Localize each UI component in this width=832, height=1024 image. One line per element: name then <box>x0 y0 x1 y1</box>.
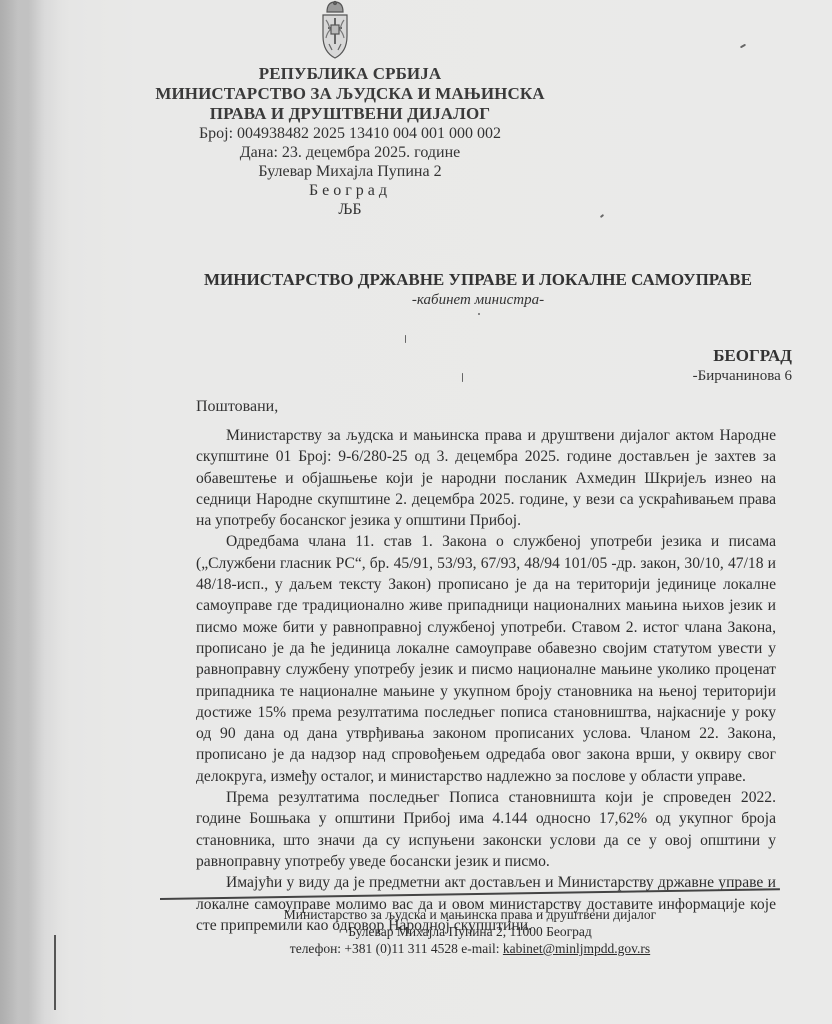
sender-letterhead: РЕПУБЛИКА СРБИЈА МИНИСТАРСТВО ЗА ЉУДСКА … <box>140 64 560 219</box>
letter-body: Министарству за људска и мањинска права … <box>196 425 776 936</box>
footer-ministry: Министарство за људска и мањинска права … <box>230 906 710 923</box>
paper-speck <box>405 335 406 343</box>
body-paragraph: Министарству за људска и мањинска права … <box>196 425 776 531</box>
body-paragraph: Према резултатима последњег Пописа стано… <box>196 787 776 872</box>
serbian-coat-of-arms-icon <box>318 0 352 62</box>
letter-page: РЕПУБЛИКА СРБИЈА МИНИСТАРСТВО ЗА ЉУДСКА … <box>0 0 832 1024</box>
sender-city: Београд <box>140 181 560 200</box>
sender-address: Булевар Михајла Пупина 2 <box>140 162 560 181</box>
document-date: Дана: 23. децембра 2025. године <box>140 143 560 162</box>
recipient-department: -кабинет министра- <box>198 292 758 309</box>
footer-phone: телефон: +381 (0)11 311 4528 e-mail: <box>290 941 500 956</box>
country-name: РЕПУБЛИКА СРБИЈА <box>140 64 560 84</box>
paper-speck <box>462 373 463 382</box>
footer-contact: телефон: +381 (0)11 311 4528 e-mail: kab… <box>230 940 710 957</box>
paper-speck <box>478 313 480 315</box>
recipient-address: БЕОГРАД -Бирчанинова 6 <box>693 346 792 385</box>
paper-speck <box>740 44 746 49</box>
footer-address: Булевар Михајла Пупина 2, 11000 Београд <box>230 923 710 940</box>
paper-speck <box>600 214 604 218</box>
salutation: Поштовани, <box>196 398 278 416</box>
letter-footer: Министарство за људска и мањинска права … <box>230 906 710 957</box>
recipient-street: -Бирчанинова 6 <box>693 368 792 385</box>
ministry-name-line2: ПРАВА И ДРУШТВЕНИ ДИЈАЛОГ <box>140 104 560 124</box>
recipient-block: МИНИСТАРСТВО ДРЖАВНЕ УПРАВЕ И ЛОКАЛНЕ СА… <box>198 270 758 309</box>
author-initials: ЉБ <box>140 200 560 219</box>
body-paragraph: Одредбама члана 11. став 1. Закона о слу… <box>196 531 776 787</box>
recipient-name: МИНИСТАРСТВО ДРЖАВНЕ УПРАВЕ И ЛОКАЛНЕ СА… <box>198 270 758 290</box>
recipient-city: БЕОГРАД <box>693 346 792 366</box>
ministry-name-line1: МИНИСТАРСТВО ЗА ЉУДСКА И МАЊИНСКА <box>140 84 560 104</box>
reference-number: Број: 004938482 2025 13410 004 001 000 0… <box>140 124 560 143</box>
footer-email-link[interactable]: kabinet@minljmpdd.gov.rs <box>503 941 650 956</box>
